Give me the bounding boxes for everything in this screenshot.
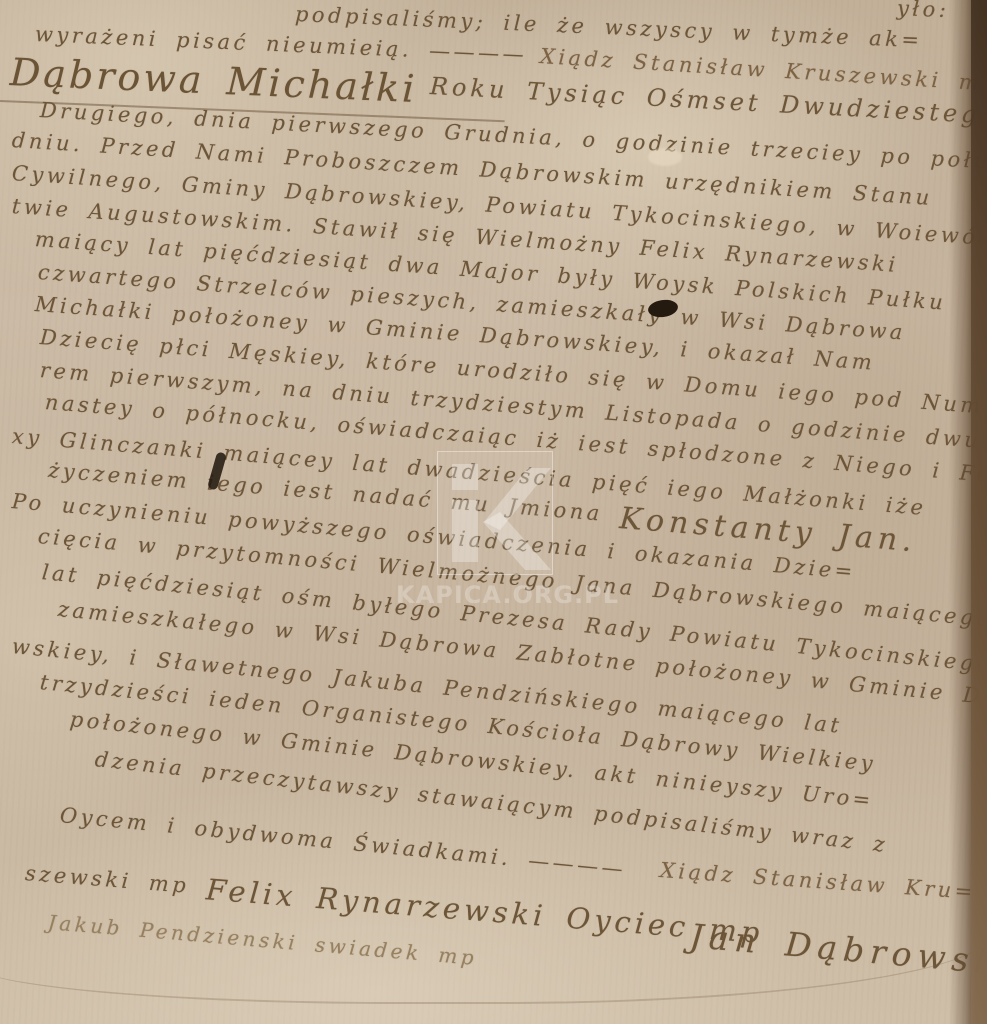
manuscript-corner-fragment: yło:	[896, 0, 949, 22]
page-bottom-crease	[0, 930, 987, 1004]
page-edge-dark-strip	[971, 0, 987, 1024]
paper-stain	[648, 148, 682, 166]
document-scan: podpisaliśmy; ile że wszyscy w tymże ak=…	[0, 0, 987, 1024]
priest-signature-closing: Xiądz Stanisław Kru=	[659, 858, 976, 904]
priest-signature-continuation: szewski mp	[24, 861, 207, 899]
watermark-frame	[437, 451, 553, 575]
watermark-site-text: KAPICA.ORG.PL	[396, 581, 596, 609]
page-edge-shadow	[949, 0, 987, 1024]
kapica-logo-icon	[438, 452, 552, 574]
